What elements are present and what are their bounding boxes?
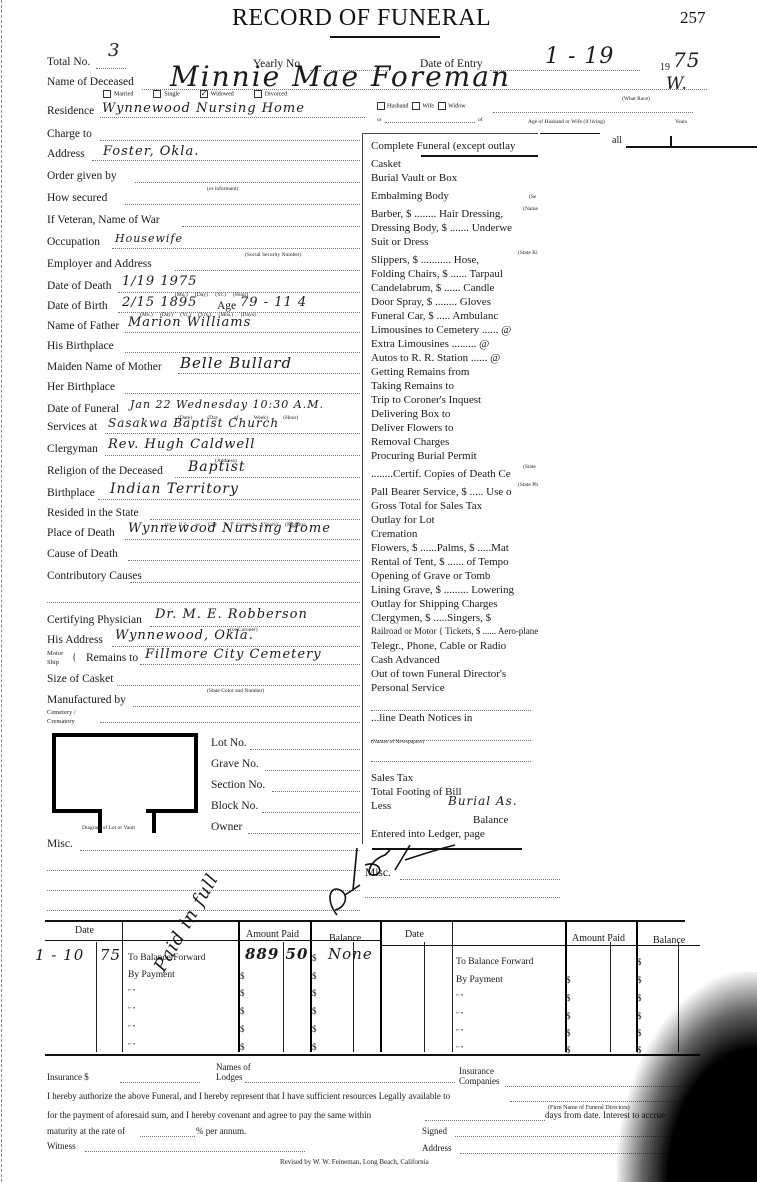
insurance-label: Insurance $: [47, 1072, 89, 1082]
date-of-birth-value[interactable]: 2/15 1895: [122, 295, 197, 310]
lodges-line[interactable]: [245, 1082, 455, 1083]
charge-item-door-spray: Door Spray, $ ........ Gloves: [371, 296, 491, 308]
place-of-death-line: [125, 539, 360, 540]
charge-item-folding-chairs: Folding Chairs, $ ...... Tarpaul: [371, 268, 503, 280]
amount-cell[interactable]: $: [566, 975, 571, 985]
block-no-line[interactable]: [262, 812, 360, 813]
charge-item-removal: Removal Charges: [371, 436, 449, 448]
place-of-death-label: Place of Death: [47, 527, 115, 539]
balance-cell[interactable]: $: [637, 957, 642, 967]
scan-edge: [1, 0, 3, 1182]
veteran-line[interactable]: [182, 226, 360, 227]
date-of-entry-line: [490, 70, 640, 71]
spouse-age-line: [493, 112, 693, 113]
how-secured-label: How secured: [47, 192, 107, 204]
place-of-death-value[interactable]: Wynnewood Nursing Home: [128, 521, 331, 536]
lodges-label-bottom: Lodges: [216, 1072, 243, 1082]
balance-value[interactable]: None: [328, 945, 373, 963]
occupation-label: Occupation: [47, 236, 100, 248]
side-rule: [626, 146, 757, 148]
services-at-value[interactable]: Sasakwa Baptist Church: [108, 416, 279, 430]
charge-item-casket: Casket: [371, 158, 401, 170]
charge-item-out-of-town: Out of town Funeral Director's: [371, 668, 506, 680]
blank-line[interactable]: [371, 710, 531, 711]
year-value[interactable]: 75: [673, 48, 700, 72]
rate-line[interactable]: [140, 1136, 195, 1137]
payment-year[interactable]: 75: [100, 946, 121, 964]
father-label: Name of Father: [47, 320, 119, 332]
age-spouse-label: Age of Husband or Wife (if living): [528, 119, 605, 125]
lot-no-label: Lot No.: [211, 737, 247, 749]
cause-of-death-label: Cause of Death: [47, 548, 118, 560]
size-of-casket-label: Size of Casket: [47, 673, 113, 685]
title-underline: [330, 36, 440, 38]
row-desc: " ": [456, 993, 463, 1001]
name-of-deceased-label: Name of Deceased: [47, 76, 134, 88]
header-date-right: Date: [405, 929, 424, 940]
charge-item-personal-service: Personal Service: [371, 682, 445, 694]
her-birthplace-label: Her Birthplace: [47, 381, 115, 393]
religion-label: Religion of the Deceased: [47, 465, 163, 477]
charge-item-shipping: Outlay for Shipping Charges: [371, 598, 498, 610]
header-amount-paid-right: Amount Paid: [572, 933, 625, 944]
his-birthplace-line[interactable]: [125, 352, 360, 353]
charge-item-getting-remains: Getting Remains from: [371, 366, 469, 378]
col-divider: [424, 942, 425, 1052]
remains-to-label: Remains to: [86, 652, 138, 664]
father-line: [125, 332, 360, 333]
section-no-line[interactable]: [272, 791, 360, 792]
checkbox-husband[interactable]: Husband: [377, 102, 408, 110]
religion-value[interactable]: Baptist: [188, 459, 246, 475]
resided-line[interactable]: [150, 519, 360, 520]
charge-item-delivering-box: Delivering Box to: [371, 408, 450, 420]
brace: {: [72, 652, 76, 662]
table-bottom-rule: [45, 1054, 700, 1056]
checkbox-married[interactable]: Married: [103, 90, 133, 98]
mother-value[interactable]: Belle Bullard: [180, 354, 292, 372]
race-caption: (What Race): [622, 96, 650, 102]
header-amount-paid: Amount Paid: [246, 929, 299, 940]
remains-to-line: [140, 664, 360, 665]
payment-text: for the payment of aforesaid sum, and I …: [47, 1110, 371, 1120]
caption-state-ph: (State Ph: [518, 482, 538, 488]
charge-item-burial-permit: Procuring Burial Permit: [371, 450, 477, 462]
services-at-label: Services at: [47, 421, 97, 433]
lot-no-line[interactable]: [250, 749, 360, 750]
amount-cell[interactable]: $: [240, 988, 245, 998]
resided-label: Resided in the State: [47, 507, 139, 519]
lot-diagram: [52, 733, 198, 809]
amount-cell[interactable]: $: [240, 1024, 245, 1034]
amount-cell[interactable]: $: [566, 1011, 571, 1021]
residence-label: Residence: [47, 105, 94, 117]
charge-item-opening-grave: Opening of Grave or Tomb: [371, 570, 490, 582]
balance-label: Balance: [473, 814, 508, 826]
percent-text: % per annum.: [196, 1126, 246, 1136]
date-of-funeral-label: Date of Funeral: [47, 403, 119, 415]
date-of-funeral-value[interactable]: Jan 22 Wednesday 10:30 A.M.: [130, 398, 324, 411]
amount-cell[interactable]: $: [566, 1028, 571, 1038]
cemetery-crematory-label: Cemetery / Crematory: [47, 708, 87, 726]
address-line: [92, 160, 360, 161]
charge-item-taking-remains: Taking Remains to: [371, 380, 454, 392]
charge-item-cremation: Cremation: [371, 528, 417, 540]
col-divider: [122, 922, 123, 1052]
caption-se: (Se: [529, 194, 536, 200]
signature-scribble: [325, 830, 465, 920]
address-label: Address: [47, 148, 85, 160]
companies-label-bottom: Companies: [459, 1076, 500, 1086]
charge-item-cash-advanced: Cash Advanced: [371, 654, 440, 666]
header-date: Date: [75, 925, 94, 936]
age-label: Age: [217, 300, 236, 312]
charge-item-complete-funeral: Complete Funeral (except outlay: [371, 140, 515, 152]
ssn-caption: (Social Security Number): [245, 252, 302, 258]
diagram-caption: Diagram of Lot or Vault: [82, 825, 135, 831]
authorize-text: I hereby authorize the above Funeral, an…: [47, 1091, 450, 1101]
charge-item-burial-vault: Burial Vault or Box: [371, 172, 457, 184]
charge-item-telegr: Telegr., Phone, Cable or Radio: [371, 640, 506, 652]
newspapers-caption: (Names of Newspapers): [371, 739, 424, 745]
charge-item-limousines: Limousines to Cemetery ...... @: [371, 324, 511, 336]
charge-item-clergymen: Clergymen, $ .....Singers, $: [371, 612, 491, 624]
row-desc: To Balance Forward: [456, 957, 533, 967]
header-rule: [45, 940, 380, 941]
how-secured-line[interactable]: [125, 204, 360, 205]
witness-label: Witness: [47, 1141, 76, 1151]
col-divider: [96, 942, 97, 1052]
witness-line[interactable]: [85, 1151, 305, 1152]
row-desc: By Payment: [456, 975, 503, 985]
charge-item-autos: Autos to R. R. Station ...... @: [371, 352, 500, 364]
race-value[interactable]: W.: [666, 74, 688, 94]
balance-cell[interactable]: $: [312, 1024, 317, 1034]
amount-cell[interactable]: $: [240, 1006, 245, 1016]
motor-label: Motor: [47, 650, 63, 657]
header-balance: Balance: [329, 933, 361, 944]
balance-cell[interactable]: $: [312, 1042, 317, 1052]
charge-item-death-notices: ...line Death Notices in: [371, 712, 472, 724]
row-desc: " ": [128, 1024, 135, 1032]
size-of-casket-line[interactable]: [117, 685, 360, 686]
contributory-label: Contributory Causes: [47, 570, 142, 582]
physician-label: Certifying Physician: [47, 614, 142, 626]
checkbox-widow[interactable]: Widow: [438, 102, 465, 110]
dollar-sign: $: [312, 953, 317, 963]
charge-item-flowers: Flowers, $ ......Palms, $ .....Mat: [371, 542, 509, 554]
amount-cell[interactable]: $: [240, 971, 245, 981]
blank-line-2[interactable]: [371, 761, 531, 762]
ship-label: Ship: [47, 659, 59, 666]
balance-cell[interactable]: $: [312, 971, 317, 981]
underline: [421, 155, 538, 157]
maturity-text: maturity at the rate of: [47, 1126, 125, 1136]
informant-caption: (or informant): [207, 186, 238, 192]
his-birthplace-label: His Birthplace: [47, 340, 114, 352]
less-value[interactable]: Burial As.: [448, 794, 518, 808]
table-top-rule: [45, 920, 685, 922]
contributory-line-2[interactable]: [47, 602, 360, 603]
row-desc: " ": [128, 1006, 135, 1014]
charge-item-rental-tent: Rental of Tent, $ ...... of Tempo: [371, 556, 509, 568]
less-label: Less: [371, 800, 391, 812]
row-desc: " ": [128, 1042, 135, 1050]
date-of-entry-value[interactable]: 1 - 19: [545, 44, 614, 69]
manufactured-line[interactable]: [133, 706, 360, 707]
row-desc: " ": [456, 1011, 463, 1019]
date-of-death-value[interactable]: 1/19 1975: [122, 274, 197, 289]
charge-item-dressing-body: Dressing Body, $ ....... Underwe: [371, 222, 512, 234]
religion-line: [175, 477, 360, 478]
amount-cell[interactable]: $: [566, 993, 571, 1003]
contributory-line[interactable]: [130, 582, 360, 583]
clergyman-line: [105, 455, 360, 456]
header-rule-right: [380, 945, 700, 946]
checkbox-widowed[interactable]: ✓Widowed: [200, 90, 234, 98]
checkbox-divorced[interactable]: Divorced: [254, 90, 287, 98]
side-tick: [670, 136, 672, 148]
charge-item-outlay-lot: Outlay for Lot: [371, 514, 435, 526]
sales-tax-label: Sales Tax: [371, 772, 413, 784]
father-value[interactable]: Marion Williams: [128, 315, 251, 330]
date-of-birth-label: Date of Birth: [47, 300, 108, 312]
cemetery-line[interactable]: [100, 722, 360, 723]
row-desc: " ": [128, 988, 135, 996]
veteran-label: If Veteran, Name of War: [47, 214, 160, 226]
caption-state-kind: (State Kind: [518, 250, 538, 256]
address-value[interactable]: Foster, Okla.: [103, 144, 199, 159]
side-mark: all: [612, 135, 622, 146]
clergyman-value[interactable]: Rev. Hugh Caldwell: [108, 437, 255, 452]
charge-item-barber: Barber, $ ........ Hair Dressing,: [371, 208, 503, 220]
remains-to-value[interactable]: Fillmore City Cemetery: [145, 647, 322, 662]
charge-item-coroner: Trip to Coroner's Inquest: [371, 394, 481, 406]
age-value[interactable]: 79 - 11 4: [240, 295, 307, 310]
his-address-value[interactable]: Wynnewood, Okla.: [115, 628, 254, 643]
charge-item-candelabrum: Candelabrum, $ ...... Candle: [371, 282, 494, 294]
amount-cell[interactable]: $: [240, 1042, 245, 1052]
checkbox-single[interactable]: Single: [153, 90, 179, 98]
charge-to-line[interactable]: [100, 140, 360, 141]
signed-label: Signed: [422, 1126, 447, 1136]
her-birthplace-line[interactable]: [125, 393, 360, 394]
birthplace-line: [98, 499, 360, 500]
grave-no-line[interactable]: [265, 770, 360, 771]
spouse-group: Husband Wife Widow: [377, 102, 466, 110]
years-label: Years: [675, 119, 687, 125]
charge-item-death-certificates: ........Certif. Copies of Death Ce: [371, 468, 511, 480]
date-of-death-label: Date of Death: [47, 280, 112, 292]
charge-to-label: Charge to: [47, 128, 92, 140]
section-no-label: Section No.: [211, 779, 265, 791]
physician-value[interactable]: Dr. M. E. Robberson: [155, 607, 308, 622]
employer-line[interactable]: [175, 270, 360, 271]
col-divider: [610, 942, 611, 1052]
employer-label: Employer and Address: [47, 258, 152, 270]
lodges-label-top: Names of: [216, 1062, 251, 1072]
grave-no-label: Grave No.: [211, 758, 259, 770]
of-text: of: [478, 117, 483, 123]
caption-state: (State: [523, 464, 536, 470]
charge-item-suit-or-dress: Suit or Dress: [371, 236, 428, 248]
occupation-line: [112, 248, 360, 249]
casket-caption: (State Color and Number): [207, 688, 264, 694]
charge-item-embalming: Embalming Body: [371, 190, 449, 202]
misc-line-1[interactable]: [80, 850, 360, 851]
order-given-by-line[interactable]: [135, 182, 360, 183]
marital-status-group: Married Single ✓Widowed Divorced: [103, 90, 287, 98]
address-label-footer: Address: [422, 1143, 452, 1153]
residence-line: [100, 117, 365, 118]
or-line: [385, 122, 475, 123]
clergyman-label: Clergyman: [47, 443, 98, 455]
mother-line: [178, 373, 360, 374]
charge-item-lining-grave: Lining Grave, $ ......... Lowering: [371, 584, 514, 596]
companies-label-top: Insurance: [459, 1066, 494, 1076]
charge-item-slippers: Slippers, $ ........... Hose,: [371, 254, 479, 266]
cause-of-death-line[interactable]: [128, 560, 360, 561]
misc-label: Misc.: [47, 838, 73, 850]
page-number: 257: [680, 8, 706, 28]
mother-label: Maiden Name of Mother: [47, 361, 162, 373]
block-no-label: Block No.: [211, 800, 258, 812]
charge-item-funeral-car: Funeral Car, $ ..... Ambulanc: [371, 310, 498, 322]
total-no-line: [96, 68, 126, 69]
insurance-line[interactable]: [120, 1082, 200, 1083]
col-divider: [452, 922, 453, 1052]
charge-item-pall-bearer: Pall Bearer Service, $ ..... Use o: [371, 486, 512, 498]
birthplace-label: Birthplace: [47, 487, 95, 499]
charge-item-tickets: Railroad or Motor { Tickets, $ ...... Ae…: [371, 626, 538, 636]
services-line: [105, 433, 360, 434]
balance-cell[interactable]: $: [312, 1006, 317, 1016]
checkbox-wife[interactable]: Wife: [412, 102, 434, 110]
his-address-label: His Address: [47, 634, 103, 646]
charge-item-gross-total: Gross Total for Sales Tax: [371, 500, 482, 512]
balance-cell[interactable]: $: [312, 988, 317, 998]
manufactured-by-label: Manufactured by: [47, 694, 126, 706]
page-title: RECORD OF FUNERAL: [232, 5, 491, 32]
name-of-deceased-value[interactable]: Minnie Mae Foreman: [170, 60, 511, 93]
scan-smudge: [617, 972, 757, 1182]
total-no-label: Total No.: [47, 56, 90, 68]
charges-slip: Complete Funeral (except outlay Casket B…: [362, 133, 538, 844]
rule: [540, 133, 600, 134]
residence-value[interactable]: Wynnewood Nursing Home: [102, 101, 305, 116]
order-given-by-label: Order given by: [47, 170, 117, 182]
row-desc: " ": [456, 1045, 463, 1053]
payment-date[interactable]: 1 - 10: [35, 946, 84, 964]
or-text: or: [377, 117, 382, 123]
year-prefix: 19: [660, 62, 670, 73]
total-no-value[interactable]: 3: [108, 40, 120, 61]
charge-item-extra-limousines: Extra Limousines ......... @: [371, 338, 489, 350]
revised-credit: Revised by W. W. Feineman, Long Beach, C…: [280, 1158, 429, 1166]
charge-item-deliver-flowers: Deliver Flowers to: [371, 422, 453, 434]
caption-name-of: (Name of: [523, 206, 538, 212]
col-divider: [380, 922, 382, 1052]
birthplace-value[interactable]: Indian Territory: [110, 481, 239, 497]
amount-paid-value[interactable]: 889 50: [245, 945, 308, 963]
days-line[interactable]: [425, 1120, 545, 1121]
owner-label: Owner: [211, 821, 242, 833]
occupation-value[interactable]: Housewife: [115, 232, 183, 245]
row-desc: " ": [456, 1028, 463, 1036]
